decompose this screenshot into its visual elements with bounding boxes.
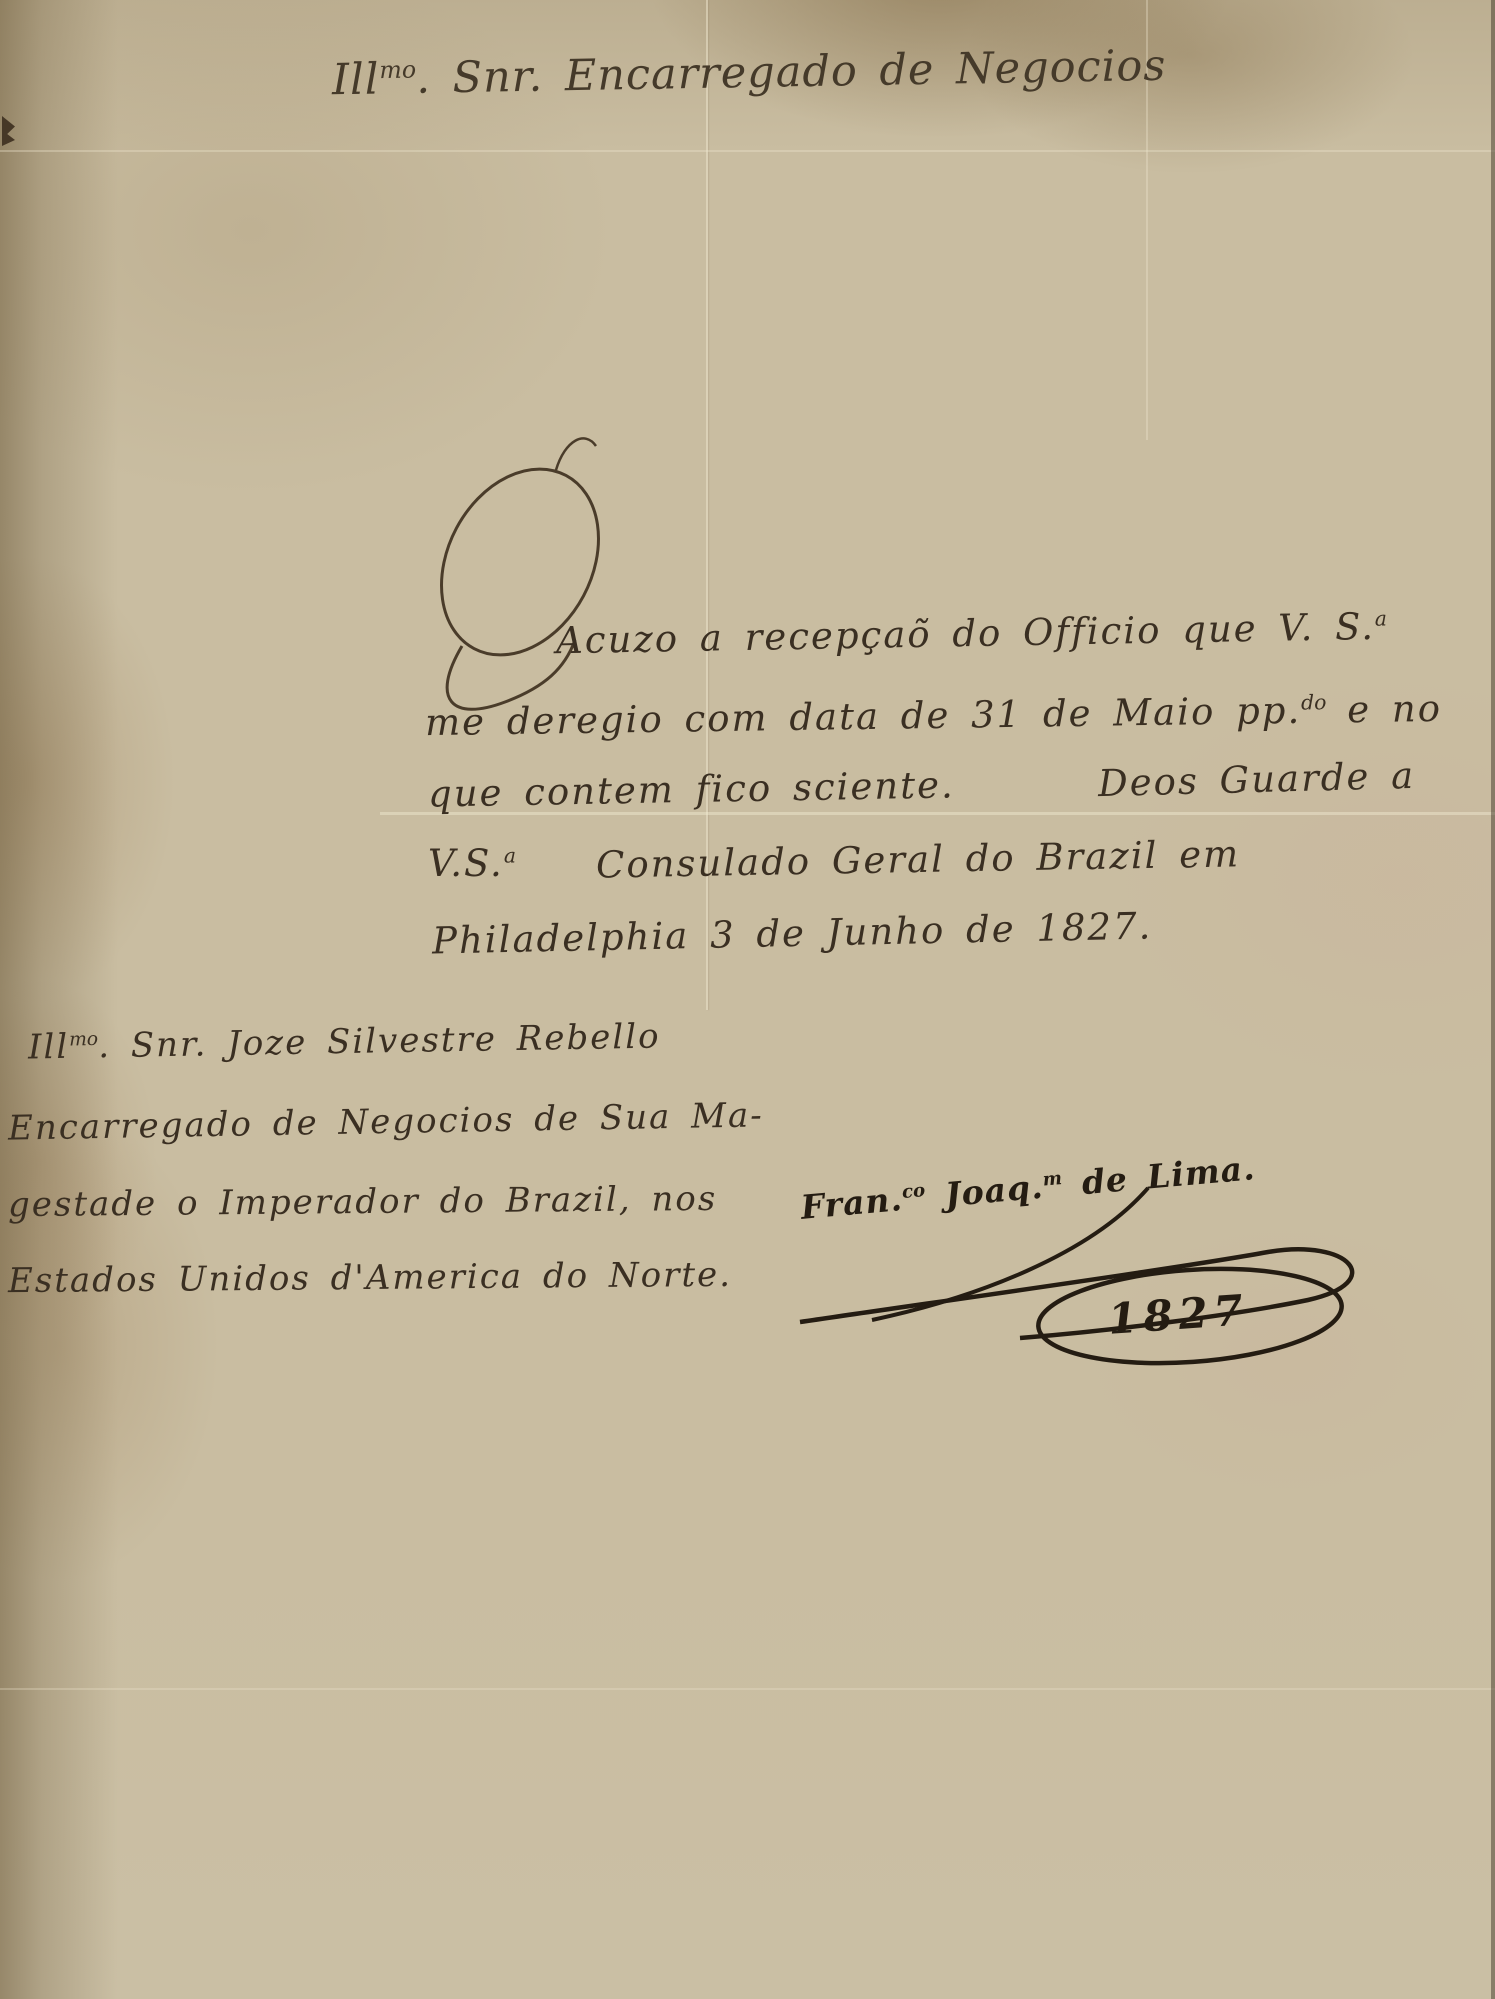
body-line-1-superscript: a bbox=[1375, 606, 1388, 630]
body-line-4-abbrev: V.S.a bbox=[428, 842, 516, 885]
body-line-2-text-rest: e no bbox=[1326, 687, 1442, 732]
address-line-3: gestade o Imperador do Brazil, nos bbox=[8, 1179, 718, 1225]
body-line-4-text: V.S. bbox=[428, 842, 504, 885]
pen-flourishes bbox=[0, 0, 1495, 1999]
salutation-superscript: mo bbox=[379, 55, 416, 84]
signature-year: 1827 bbox=[1106, 1285, 1250, 1344]
body-line-3-right: Deos Guarde a bbox=[1097, 754, 1415, 805]
address-line-1-text: Ill bbox=[28, 1027, 70, 1068]
signature-superscript-1: co bbox=[901, 1180, 926, 1203]
address-line-1-superscript: mo bbox=[69, 1029, 98, 1051]
address-line-4: Estados Unidos d'America do Norte. bbox=[8, 1255, 732, 1301]
page-edge-shadow bbox=[1491, 0, 1495, 1999]
body-line-4-superscript: a bbox=[504, 844, 516, 868]
body-line-2-superscript: do bbox=[1301, 690, 1327, 714]
salutation-text: Ill bbox=[332, 54, 380, 105]
signature-superscript-2: m bbox=[1042, 1168, 1063, 1191]
manuscript-page: Illmo. Snr. Encarregado de Negocios Acuz… bbox=[0, 0, 1495, 1999]
initial-capital-flourish bbox=[410, 438, 629, 709]
body-line-3-left: que contem fico sciente. bbox=[428, 763, 955, 815]
